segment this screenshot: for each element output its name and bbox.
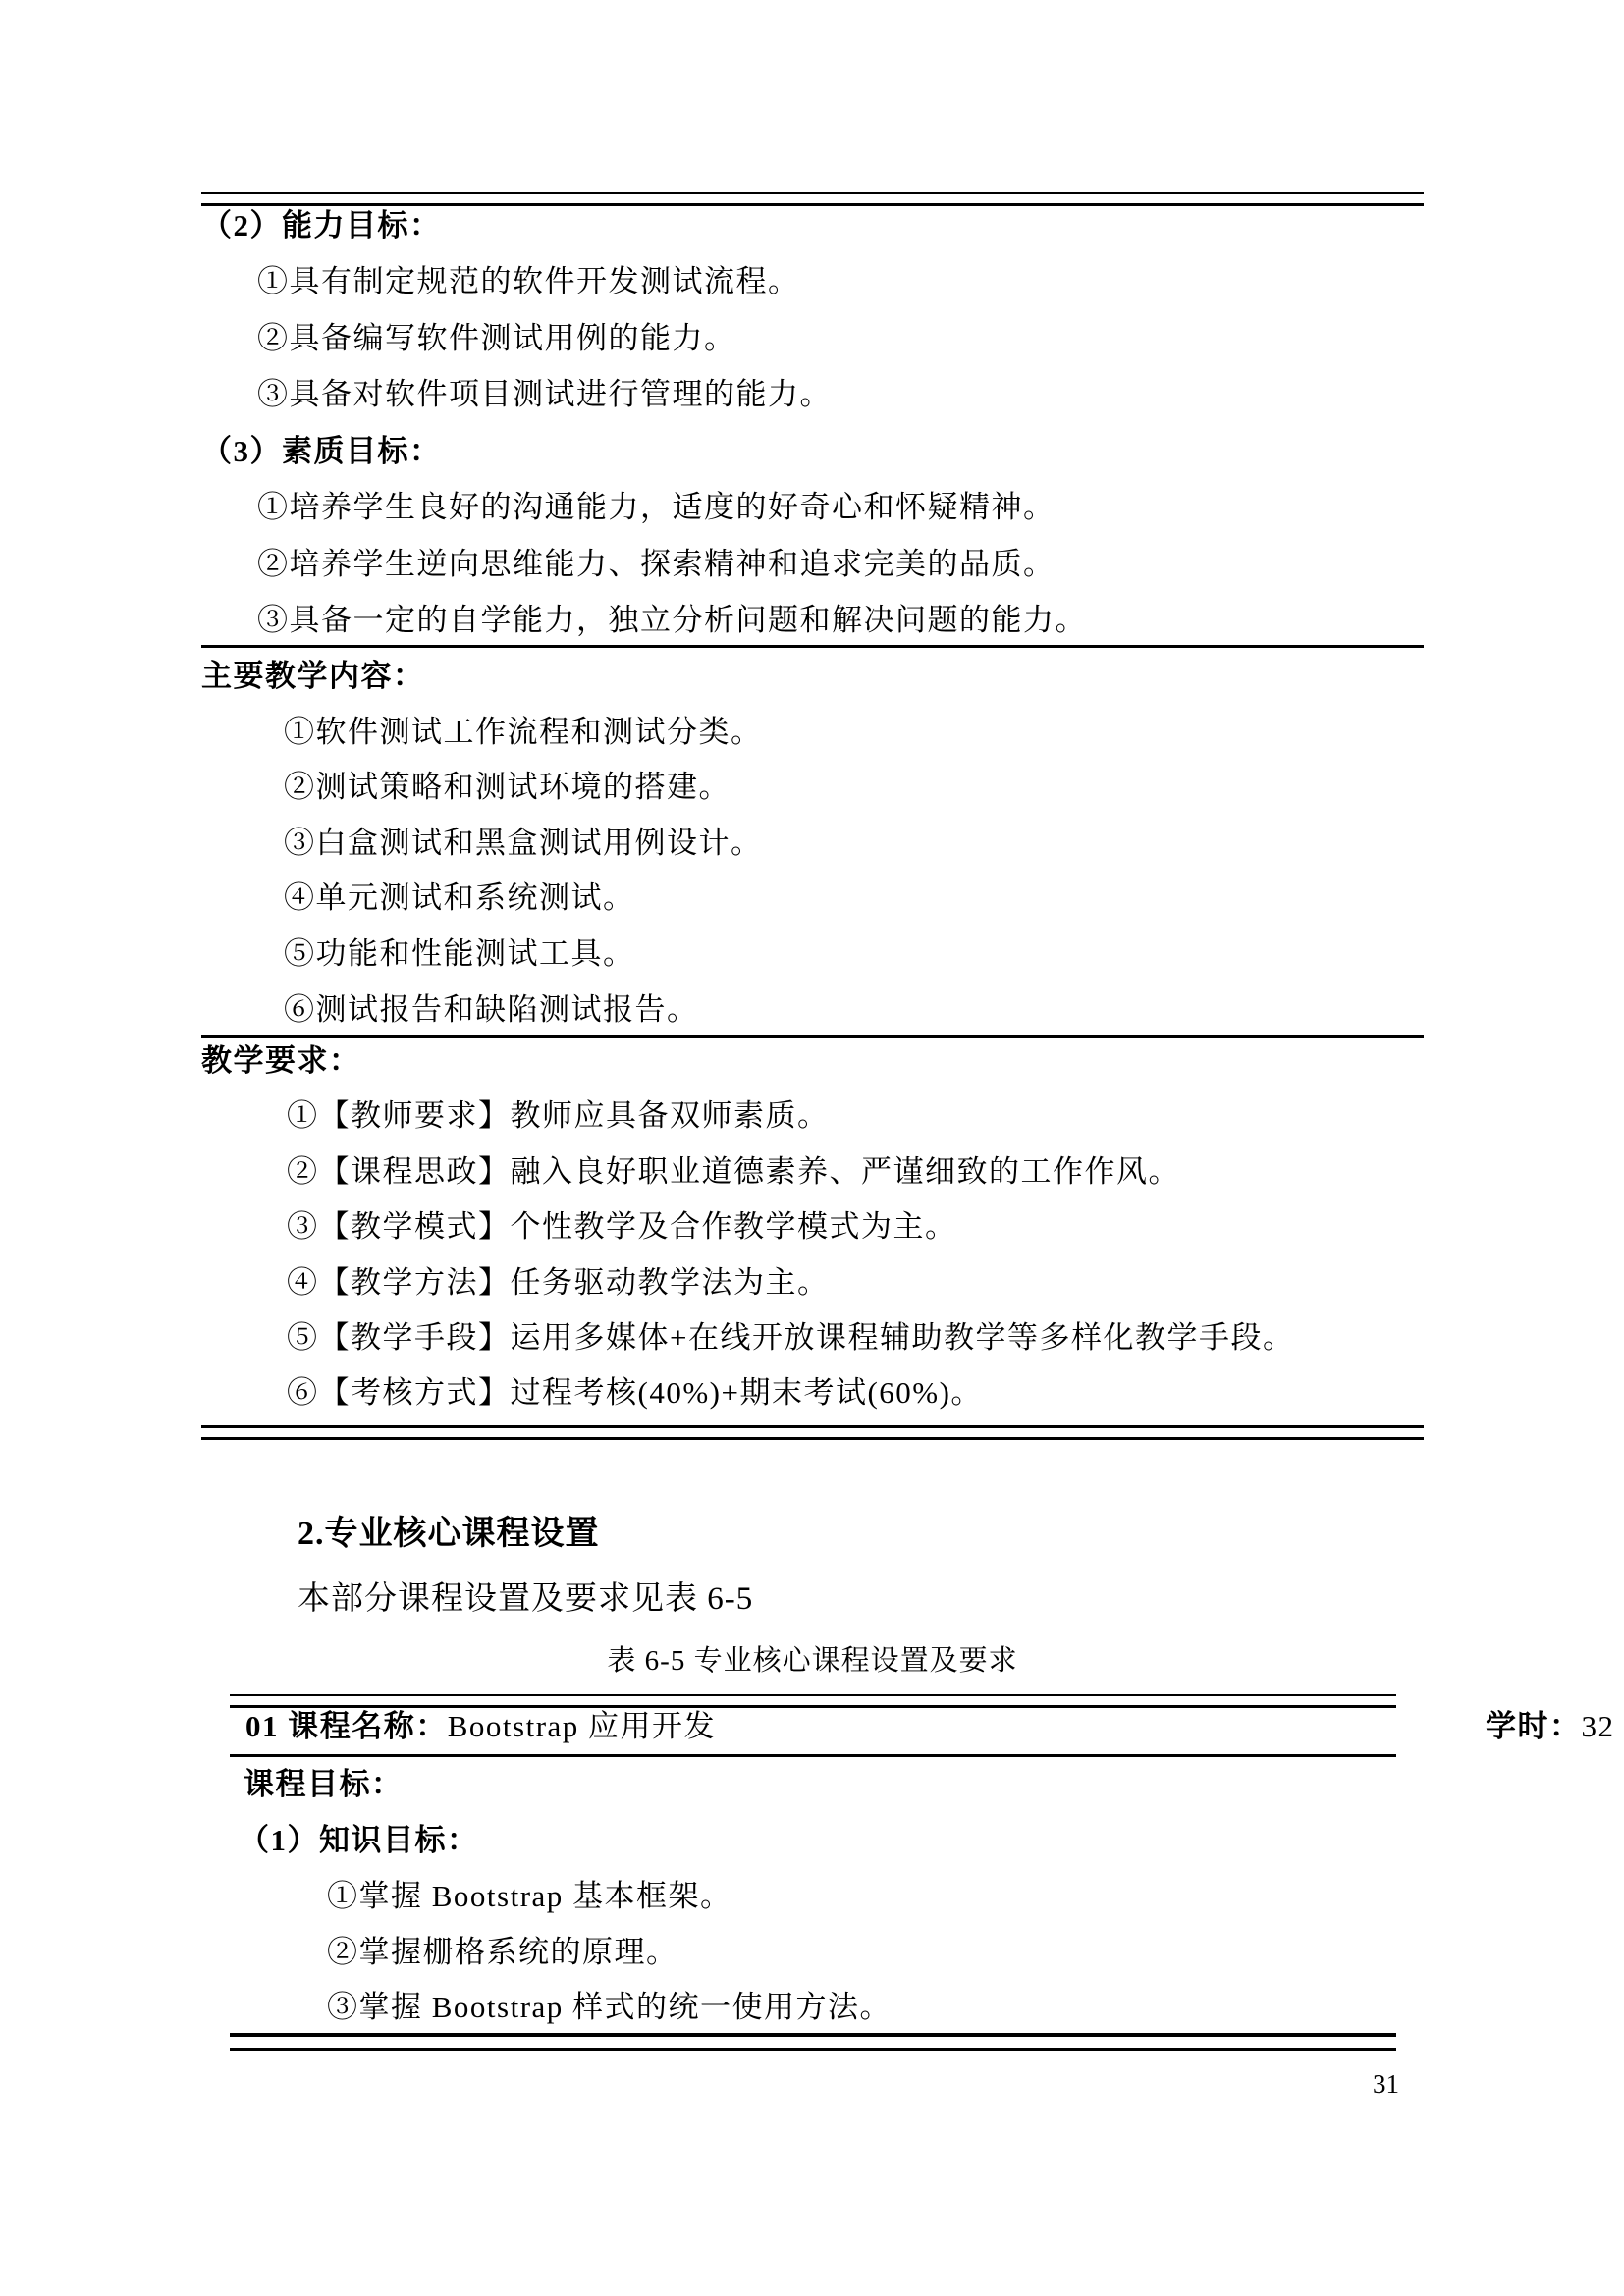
section-rule [201, 645, 1424, 648]
table-row-rule [230, 1754, 1396, 1757]
block-end-double-rule [201, 1425, 1424, 1440]
teaching-content-heading: 主要教学内容： [201, 658, 425, 695]
table-6-5-caption: 表 6-5 专业核心课程设置及要求 [201, 1642, 1424, 1680]
page-number: 31 [1373, 2069, 1399, 2100]
teaching-content-item: ⑥测试报告和缺陷测试报告。 [284, 991, 699, 1029]
section-2-intro: 本部分课程设置及要求见表 6-5 [298, 1580, 753, 1618]
section-2-heading: 2.专业核心课程设置 [298, 1516, 600, 1553]
quality-goal-item: ③具备一定的自学能力，独立分析问题和解决问题的能力。 [257, 602, 1087, 639]
knowledge-goals-heading: （1）知识目标： [239, 1822, 479, 1859]
teaching-content-item: ⑤功能和性能测试工具。 [284, 935, 635, 973]
page-bottom-double-rule [230, 2033, 1396, 2051]
course-name-label: 01 课程名称： [245, 1709, 448, 1743]
teaching-requirement-item: ④【教学方法】任务驱动教学法为主。 [287, 1264, 830, 1302]
quality-goal-item: ②培养学生逆向思维能力、探索精神和追求完美的品质。 [257, 546, 1056, 583]
teaching-requirements-heading: 教学要求： [201, 1042, 361, 1080]
ability-goal-item: ②具备编写软件测试用例的能力。 [257, 320, 736, 357]
ability-goal-item: ③具备对软件项目测试进行管理的能力。 [257, 376, 832, 413]
ability-goals-heading: （2）能力目标： [201, 207, 442, 244]
teaching-content-item: ②测试策略和测试环境的搭建。 [284, 769, 731, 806]
table-top-double-rule [230, 1694, 1396, 1708]
teaching-requirement-item: ⑤【教学手段】运用多媒体+在线开放课程辅助教学等多样化教学手段。 [287, 1319, 1294, 1357]
course-name: Bootstrap 应用开发 [448, 1709, 716, 1743]
ability-goal-item: ①具有制定规范的软件开发测试流程。 [257, 263, 800, 300]
teaching-content-item: ③白盒测试和黑盒测试用例设计。 [284, 825, 763, 862]
course-header-row: 01 课程名称：Bootstrap 应用开发 学时：32 [245, 1708, 1396, 1745]
document-page: （2）能力目标： ①具有制定规范的软件开发测试流程。 ②具备编写软件测试用例的能… [0, 0, 1624, 2296]
quality-goal-item: ①培养学生良好的沟通能力，适度的好奇心和怀疑精神。 [257, 489, 1056, 526]
section-rule [201, 1035, 1424, 1038]
hours-label: 学时： [1486, 1709, 1582, 1743]
course-goal-heading: 课程目标： [244, 1766, 404, 1803]
knowledge-goal-item: ①掌握 Bootstrap 基本框架。 [327, 1878, 732, 1915]
teaching-requirement-item: ③【教学模式】个性教学及合作教学模式为主。 [287, 1208, 957, 1246]
teaching-content-item: ①软件测试工作流程和测试分类。 [284, 714, 763, 751]
teaching-requirement-item: ⑥【考核方式】过程考核(40%)+期末考试(60%)。 [287, 1374, 983, 1412]
teaching-content-item: ④单元测试和系统测试。 [284, 880, 635, 917]
teaching-requirement-item: ①【教师要求】教师应具备双师素质。 [287, 1097, 830, 1135]
hours-field: 学时：32 [1486, 1708, 1615, 1745]
top-double-rule [201, 192, 1424, 206]
knowledge-goal-item: ②掌握栅格系统的原理。 [327, 1934, 678, 1971]
hours-value: 32 [1582, 1709, 1615, 1743]
quality-goals-heading: （3）素质目标： [201, 433, 442, 470]
knowledge-goal-item: ③掌握 Bootstrap 样式的统一使用方法。 [327, 1989, 892, 2026]
teaching-requirement-item: ②【课程思政】融入良好职业道德素养、严谨细致的工作作风。 [287, 1153, 1180, 1191]
